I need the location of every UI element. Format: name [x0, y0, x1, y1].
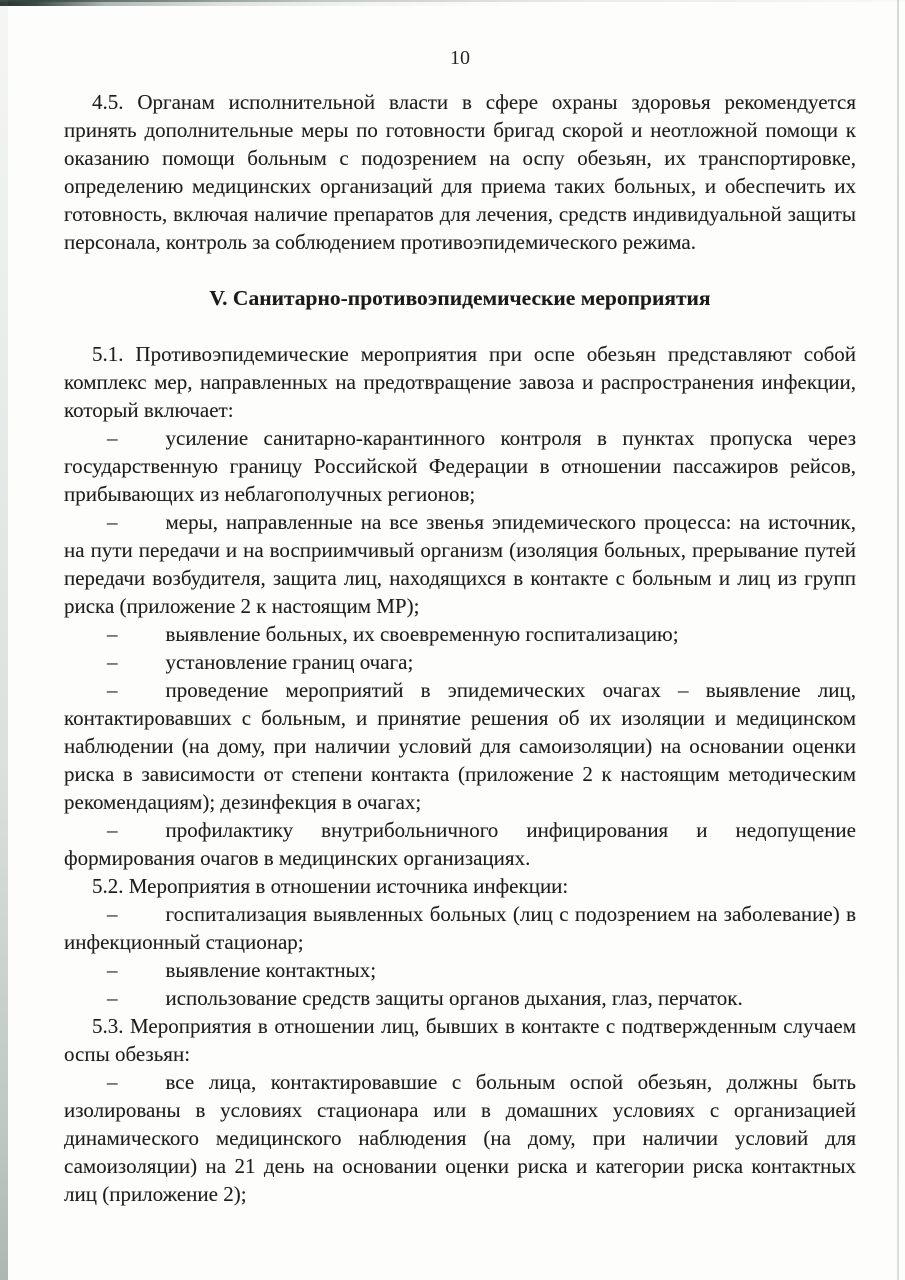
list-item: –меры, направленные на все звенья эпидем…	[64, 508, 856, 620]
list-item: –выявление контактных;	[64, 956, 856, 984]
list-item-text: использование средств защиты органов дых…	[166, 986, 743, 1010]
bullet-dash-marker: –	[107, 818, 118, 842]
list-item-text: усиление санитарно-карантинного контроля…	[64, 426, 856, 506]
list-item-text: госпитализация выявленных больных (лиц с…	[64, 902, 856, 954]
list-item-text: меры, направленные на все звенья эпидеми…	[64, 510, 856, 618]
scan-edge-top-artifact	[0, 0, 525, 6]
list-item: –выявление больных, их своевременную гос…	[64, 620, 856, 648]
list-item: –профилактику внутрибольничного инфициро…	[64, 816, 856, 872]
list-item: –использование средств защиты органов ды…	[64, 984, 856, 1012]
bullet-dash-marker: –	[107, 622, 118, 646]
scan-edge-top-hairline-artifact	[0, 0, 905, 2]
document-text-block: 10 4.5. Органам исполнительной власти в …	[64, 44, 856, 1208]
list-item: –усиление санитарно-карантинного контрол…	[64, 424, 856, 508]
bullet-dash-marker: –	[107, 426, 118, 450]
list-item-text: проведение мероприятий в эпидемических о…	[64, 678, 856, 814]
list-item-text: все лица, контактировавшие с больным осп…	[64, 1070, 856, 1206]
bullet-dash-marker: –	[107, 902, 118, 926]
bullet-dash-marker: –	[107, 650, 118, 674]
scanned-document-page: 10 4.5. Органам исполнительной власти в …	[0, 0, 905, 1280]
paragraph-5-1: 5.1. Противоэпидемические мероприятия пр…	[64, 340, 856, 424]
paragraph-5-3: 5.3. Мероприятия в отношении лиц, бывших…	[64, 1012, 856, 1068]
list-item: –установление границ очага;	[64, 648, 856, 676]
list-item: –проведение мероприятий в эпидемических …	[64, 676, 856, 816]
bullet-dash-marker: –	[107, 986, 118, 1010]
section-heading-v: V. Санитарно-противоэпидемические меропр…	[64, 284, 856, 312]
paragraph-5-2: 5.2. Мероприятия в отношении источника и…	[64, 872, 856, 900]
bullet-dash-marker: –	[107, 1070, 118, 1094]
bullet-dash-marker: –	[107, 958, 118, 982]
list-item-text: профилактику внутрибольничного инфициров…	[64, 818, 856, 870]
list-item-text: установление границ очага;	[166, 650, 414, 674]
bullet-dash-marker: –	[107, 510, 118, 534]
scan-edge-left-artifact	[0, 0, 8, 1280]
scan-edge-right-artifact	[897, 0, 899, 1280]
bullet-dash-marker: –	[107, 678, 118, 702]
page-number: 10	[64, 44, 856, 72]
list-item: –все лица, контактировавшие с больным ос…	[64, 1068, 856, 1208]
list-item-text: выявление контактных;	[166, 958, 377, 982]
list-item: –госпитализация выявленных больных (лиц …	[64, 900, 856, 956]
paragraph-4-5: 4.5. Органам исполнительной власти в сфе…	[64, 88, 856, 256]
list-item-text: выявление больных, их своевременную госп…	[166, 622, 679, 646]
